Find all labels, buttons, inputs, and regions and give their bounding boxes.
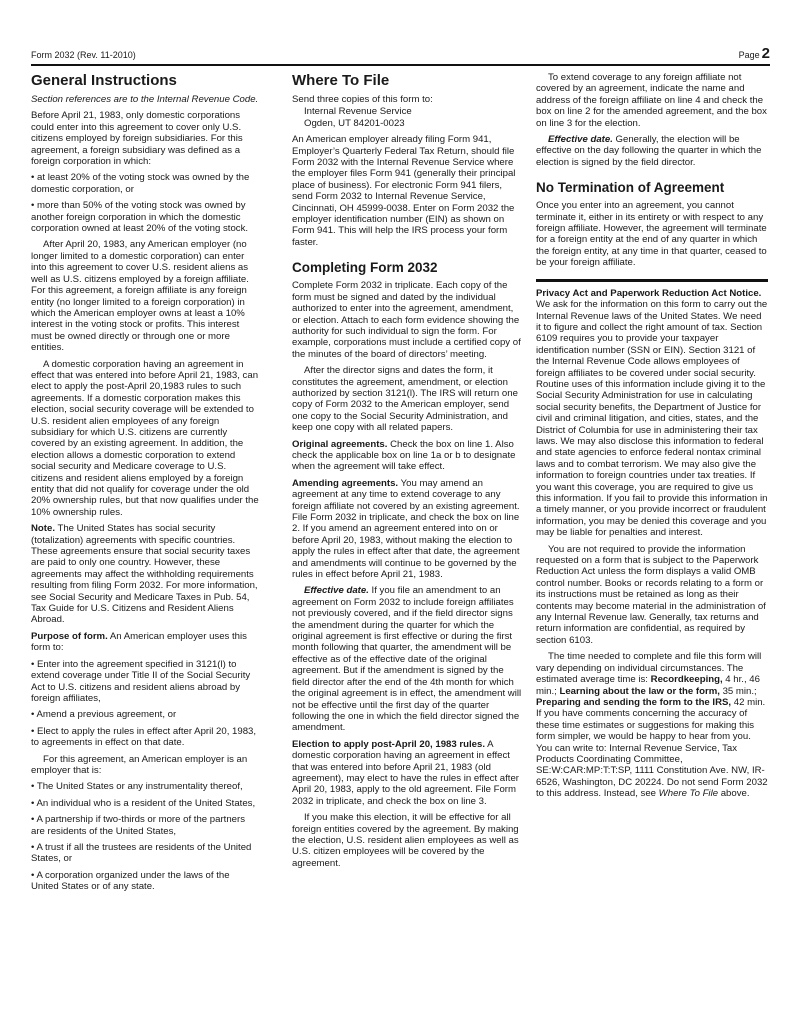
section-divider: [536, 279, 768, 282]
privacy-label: Privacy Act and Paperwork Reduction Act …: [536, 288, 761, 299]
paragraph: Send three copies of this form to:: [292, 94, 522, 105]
heading-general-instructions: General Instructions: [31, 72, 259, 90]
heading-completing-form: Completing Form 2032: [292, 260, 522, 276]
paragraph: Before April 21, 1983, only domestic cor…: [31, 110, 259, 167]
bullet-item: • The United States or any instrumentali…: [31, 781, 259, 792]
paragraph: After April 20, 1983, any American emplo…: [31, 239, 259, 353]
recordkeeping-label: Recordkeeping,: [651, 674, 723, 685]
column-third: To extend coverage to any foreign affili…: [536, 72, 768, 805]
where-to-file-reference: Where To File: [659, 788, 718, 799]
page-label: Page: [739, 50, 760, 60]
bullet-item: • An individual who is a resident of the…: [31, 798, 259, 809]
paragraph: To extend coverage to any foreign affili…: [536, 72, 768, 129]
form-label: Form 2032 (Rev. 11-2010): [31, 50, 136, 60]
bullet-item: • Elect to apply the rules in effect aft…: [31, 726, 259, 749]
column-where-to-file: Where To File Send three copies of this …: [292, 72, 522, 874]
bullet-item: • Amend a previous agreement, or: [31, 709, 259, 720]
paragraph: After the director signs and dates the f…: [292, 365, 522, 433]
paragraph: An American employer already filing Form…: [292, 134, 522, 248]
privacy-paragraph: Privacy Act and Paperwork Reduction Act …: [536, 288, 768, 539]
page-header: Form 2032 (Rev. 11-2010) Page2: [31, 44, 770, 66]
preparing-value: 42 min. If you have comments concerning …: [536, 697, 768, 799]
paragraph: Complete Form 2032 in triplicate. Each c…: [292, 280, 522, 360]
note-label: Note.: [31, 523, 55, 534]
effective-date-label: Effective date.: [304, 585, 369, 596]
purpose-label: Purpose of form.: [31, 631, 108, 642]
effective-date-label: Effective date.: [548, 134, 613, 145]
effective-date-paragraph: Effective date. Generally, the election …: [536, 134, 768, 168]
page-number: 2: [762, 45, 770, 62]
election-label: Election to apply post-April 20, 1983 ru…: [292, 739, 485, 750]
effective-date-text: If you file an amendment to an agreement…: [292, 585, 521, 733]
original-agreements-label: Original agreements.: [292, 439, 387, 450]
amending-agreements-text: You may amend an agreement at any time t…: [292, 478, 520, 580]
purpose-paragraph: Purpose of form. An American employer us…: [31, 631, 259, 654]
learning-label: Learning about the law or the form,: [559, 686, 719, 697]
paragraph: Once you enter into an agreement, you ca…: [536, 200, 768, 268]
address-line: Internal Revenue Service: [304, 106, 522, 117]
note-paragraph: Note. The United States has social secur…: [31, 523, 259, 626]
heading-where-to-file: Where To File: [292, 72, 522, 90]
amending-agreements-paragraph: Amending agreements. You may amend an ag…: [292, 478, 522, 581]
original-agreements-paragraph: Original agreements. Check the box on li…: [292, 439, 522, 473]
paragraph: You are not required to provide the info…: [536, 544, 768, 647]
bullet-item: • A partnership if two-thirds or more of…: [31, 814, 259, 837]
intro-text: Section references are to the Internal R…: [31, 94, 259, 105]
heading-no-termination: No Termination of Agreement: [536, 180, 768, 196]
mailing-address: Internal Revenue Service Ogden, UT 84201…: [304, 106, 522, 129]
paragraph: If you make this election, it will be ef…: [292, 812, 522, 869]
time-text-end: above.: [718, 788, 749, 799]
bullet-item: • A trust if all the trustees are reside…: [31, 842, 259, 865]
note-text: The United States has social security (t…: [31, 523, 258, 625]
bullet-item: • at least 20% of the voting stock was o…: [31, 172, 259, 195]
column-general-instructions: General Instructions Section references …: [31, 72, 259, 898]
bullet-item: • Enter into the agreement specified in …: [31, 659, 259, 705]
preparing-label: Preparing and sending the form to the IR…: [536, 697, 731, 708]
learning-value: 35 min.;: [720, 686, 757, 697]
effective-date-paragraph: Effective date. If you file an amendment…: [292, 585, 522, 733]
bullet-item: • A corporation organized under the laws…: [31, 870, 259, 893]
privacy-text: We ask for the information on this form …: [536, 299, 767, 538]
bullet-item: • more than 50% of the voting stock was …: [31, 200, 259, 234]
paragraph: A domestic corporation having an agreeme…: [31, 359, 259, 519]
election-paragraph: Election to apply post-April 20, 1983 ru…: [292, 739, 522, 807]
page-indicator: Page2: [739, 45, 770, 62]
paragraph: For this agreement, an American employer…: [31, 754, 259, 777]
amending-agreements-label: Amending agreements.: [292, 478, 398, 489]
time-estimate-paragraph: The time needed to complete and file thi…: [536, 651, 768, 799]
address-line: Ogden, UT 84201-0023: [304, 118, 522, 129]
